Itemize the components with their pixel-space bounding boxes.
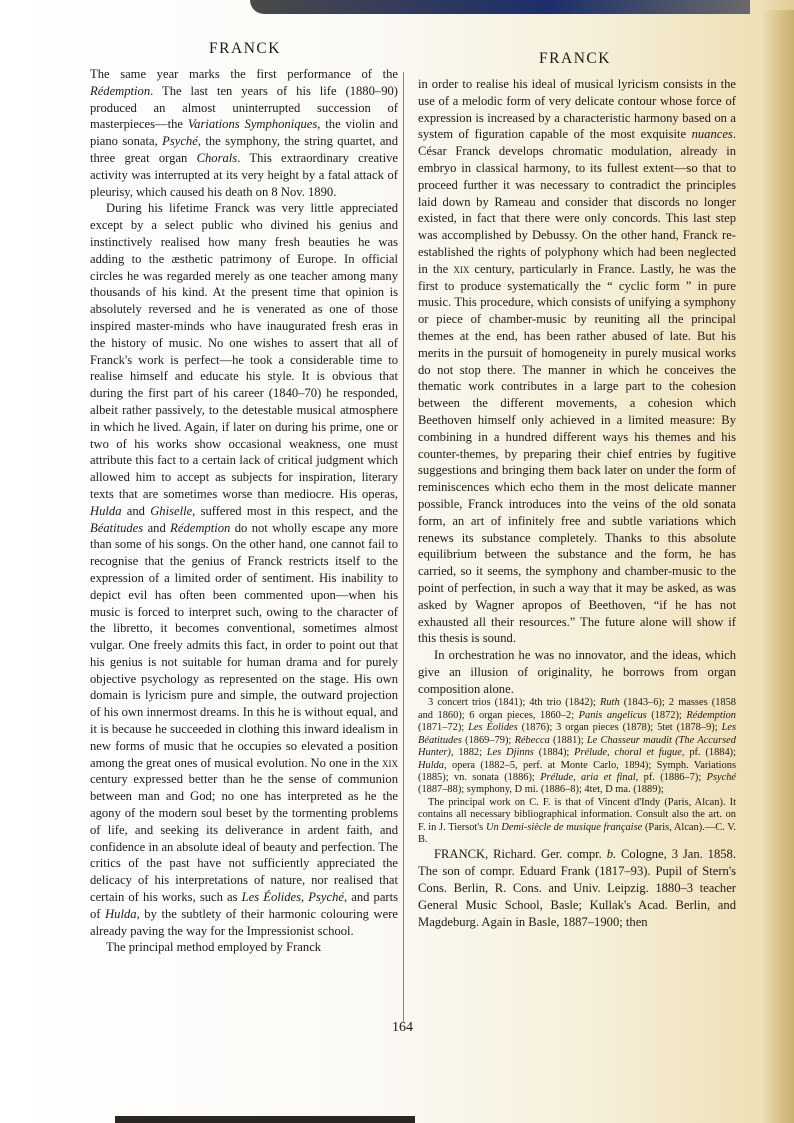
text: During his lifetime Franck was very litt…: [90, 201, 398, 501]
text: do not wholly escape any more than some …: [90, 521, 398, 770]
work-title: Rébecca: [515, 735, 550, 746]
book-title: Un Demi-siècle de musique française: [486, 822, 642, 833]
title-italic: Ghiselle: [150, 504, 192, 518]
abbrev-italic: b.: [607, 847, 616, 861]
work-title: Panis angelicus: [579, 710, 647, 721]
work-title: Les Djinns: [487, 747, 534, 758]
text: , pf. (1884);: [682, 747, 736, 758]
title-italic: Hulda: [90, 504, 121, 518]
title-italic: Psyché: [162, 134, 198, 148]
text: , Richard. Ger. compr.: [485, 847, 607, 861]
text: (1872);: [647, 710, 687, 721]
title-italic: Les Éolides: [242, 890, 301, 904]
work-title: Prélude, choral et fugue: [574, 747, 682, 758]
entry-headword: FRANCK: [434, 847, 485, 861]
page-number: 164: [392, 1020, 413, 1036]
text: The same year marks the first performanc…: [90, 67, 398, 81]
work-title: Rédemption: [686, 710, 736, 721]
text: (1869–79);: [462, 735, 515, 746]
text: (1881);: [550, 735, 587, 746]
paragraph-5: In orchestration he was no innovator, an…: [418, 647, 736, 697]
title-italic: Béatitudes: [90, 521, 143, 535]
entry-richard-franck: FRANCK, Richard. Ger. compr. b. Cologne,…: [418, 846, 736, 930]
right-running-head: FRANCK: [490, 50, 660, 68]
left-running-head: FRANCK: [160, 40, 330, 58]
text: . César Franck develops chromatic modula…: [418, 127, 736, 275]
title-italic: Hulda: [105, 907, 136, 921]
text: (1887–88); symphony, D mi. (1886–8); 4te…: [418, 784, 664, 795]
work-title: Hulda: [418, 760, 444, 771]
column-divider: [403, 72, 404, 1022]
work-title: Psyché: [707, 772, 736, 783]
text: 3 concert trios (1841); 4th trio (1842);: [428, 697, 600, 708]
text: century expressed better than he the sen…: [90, 772, 398, 904]
text: (1884);: [534, 747, 574, 758]
title-italic: Rédemption: [170, 521, 230, 535]
paragraph-1: The same year marks the first performanc…: [90, 66, 398, 200]
text: , pf. (1886–7);: [636, 772, 707, 783]
background-fabric: [250, 0, 750, 14]
term-italic: nuances: [692, 127, 733, 141]
left-column: The same year marks the first performanc…: [90, 66, 398, 956]
work-title: Ruth: [600, 697, 620, 708]
background-surface: [115, 1116, 415, 1123]
roman-numeral: xix: [453, 262, 469, 276]
text: , 1882;: [451, 747, 487, 758]
text: In orchestration he was no innovator, an…: [418, 648, 736, 696]
text: The principal method employed by Franck: [106, 940, 321, 954]
title-italic: Variations Symphoniques: [188, 117, 317, 131]
paragraph-3: The principal method employed by Franck: [90, 939, 398, 956]
text: , suffered most in this respect, and the: [192, 504, 398, 518]
paragraph-2: During his lifetime Franck was very litt…: [90, 200, 398, 939]
text: century, particularly in France. Lastly,…: [418, 262, 736, 646]
text: (1876); 3 organ pieces (1878); 5tet (187…: [518, 722, 722, 733]
text: and: [143, 521, 170, 535]
text: , by the subtlety of their harmonic colo…: [90, 907, 398, 938]
bibliography: The principal work on C. F. is that of V…: [418, 797, 736, 847]
works-list: 3 concert trios (1841); 4th trio (1842);…: [418, 697, 736, 846]
right-column: in order to realise his ideal of musical…: [418, 76, 736, 930]
title-italic: Chorals: [197, 151, 238, 165]
work-title: Prélude, aria et final: [540, 772, 635, 783]
roman-numeral: xix: [382, 756, 398, 770]
title-italic: Psyché: [308, 890, 344, 904]
text: (1871–72);: [418, 722, 468, 733]
paragraph-4: in order to realise his ideal of musical…: [418, 76, 736, 647]
work-title: Les Éolides: [468, 722, 518, 733]
text: and: [121, 504, 150, 518]
facing-page-edge: [760, 10, 794, 1123]
text: in order to realise his ideal of musical…: [418, 77, 736, 141]
title-italic: Rédemption: [90, 84, 150, 98]
